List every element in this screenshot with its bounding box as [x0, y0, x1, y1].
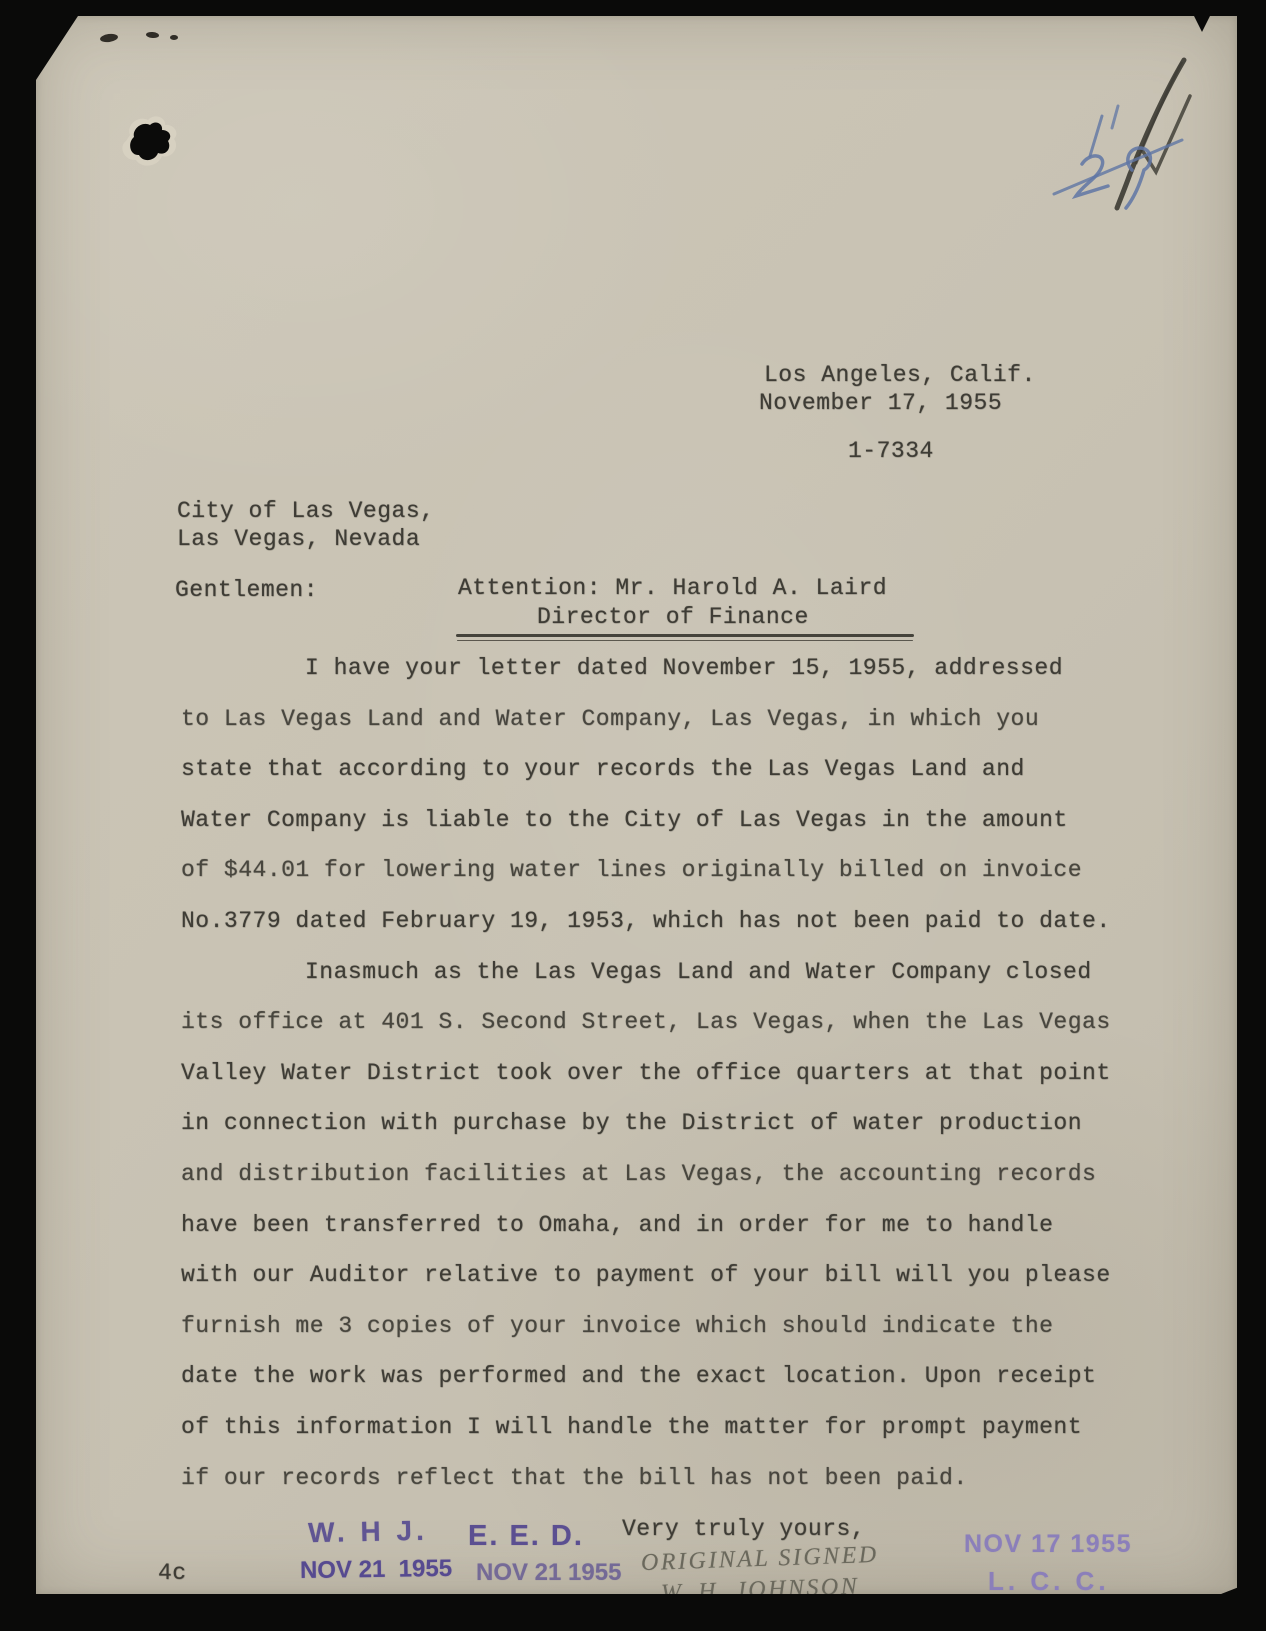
body-line: Valley Water District took over the offi… [181, 1048, 1181, 1099]
body-line: of this information I will handle the ma… [181, 1402, 1181, 1453]
letter-body: I have your letter dated November 15, 19… [181, 643, 1181, 1503]
letter-place: Los Angeles, Calif. [764, 362, 1036, 388]
pencil-scribble [1024, 52, 1224, 222]
original-signed-stamp: ORIGINAL SIGNED [641, 1542, 880, 1577]
body-line: to Las Vegas Land and Water Company, Las… [181, 694, 1181, 745]
recipient-line: City of Las Vegas, [177, 498, 434, 524]
salutation: Gentlemen: [175, 577, 318, 603]
approval-date-stamp-1: NOV 21 1955 [300, 1555, 452, 1585]
body-line: No.3779 dated February 19, 1953, which h… [181, 896, 1181, 947]
hole-punch [116, 111, 186, 177]
recipient-line: Las Vegas, Nevada [177, 526, 420, 552]
scanned-letter-background: { "colors": { "background": "#0a0a09", "… [0, 0, 1266, 1631]
body-line: Water Company is liable to the City of L… [181, 795, 1181, 846]
paper-tear [146, 31, 159, 38]
paper-tear [170, 35, 178, 40]
body-line: Inasmuch as the Las Vegas Land and Water… [181, 947, 1181, 998]
signer-name-stamp: W. H. JOHNSON [661, 1574, 860, 1608]
approval-initials-stamp-whj: W. H J. [308, 1515, 428, 1550]
reference-number: 1-7334 [848, 438, 934, 464]
body-line: with our Auditor relative to payment of … [181, 1250, 1181, 1301]
letter-date: November 17, 1955 [759, 390, 1002, 416]
closing-line: Very truly yours, [622, 1516, 865, 1542]
approval-date-stamp-2: NOV 21 1955 [476, 1559, 621, 1587]
attention-line: Attention: Mr. Harold A. Laird [458, 575, 887, 601]
body-line: if our records reflect that the bill has… [181, 1453, 1181, 1504]
body-line: date the work was performed and the exac… [181, 1351, 1181, 1402]
paper-tear [100, 33, 119, 43]
body-line: and distribution facilities at Las Vegas… [181, 1149, 1181, 1200]
received-date-stamp: NOV 17 1955 [964, 1530, 1132, 1559]
letter-page: Los Angeles, Calif. November 17, 1955 1-… [36, 16, 1237, 1594]
body-line: in connection with purchase by the Distr… [181, 1098, 1181, 1149]
body-line: state that according to your records the… [181, 744, 1181, 795]
body-line: I have your letter dated November 15, 19… [181, 643, 1181, 694]
received-initials-stamp: L. C. C. [988, 1566, 1110, 1597]
body-line: have been transferred to Omaha, and in o… [181, 1200, 1181, 1251]
body-line: furnish me 3 copies of your invoice whic… [181, 1301, 1181, 1352]
body-line: of $44.01 for lowering water lines origi… [181, 845, 1181, 896]
attention-title: Director of Finance [537, 604, 809, 630]
approval-initials-stamp-eed: E. E. D. [468, 1520, 584, 1553]
body-line: its office at 401 S. Second Street, Las … [181, 997, 1181, 1048]
attention-underline [456, 634, 914, 637]
bottom-left-note: 4c [158, 1560, 187, 1586]
